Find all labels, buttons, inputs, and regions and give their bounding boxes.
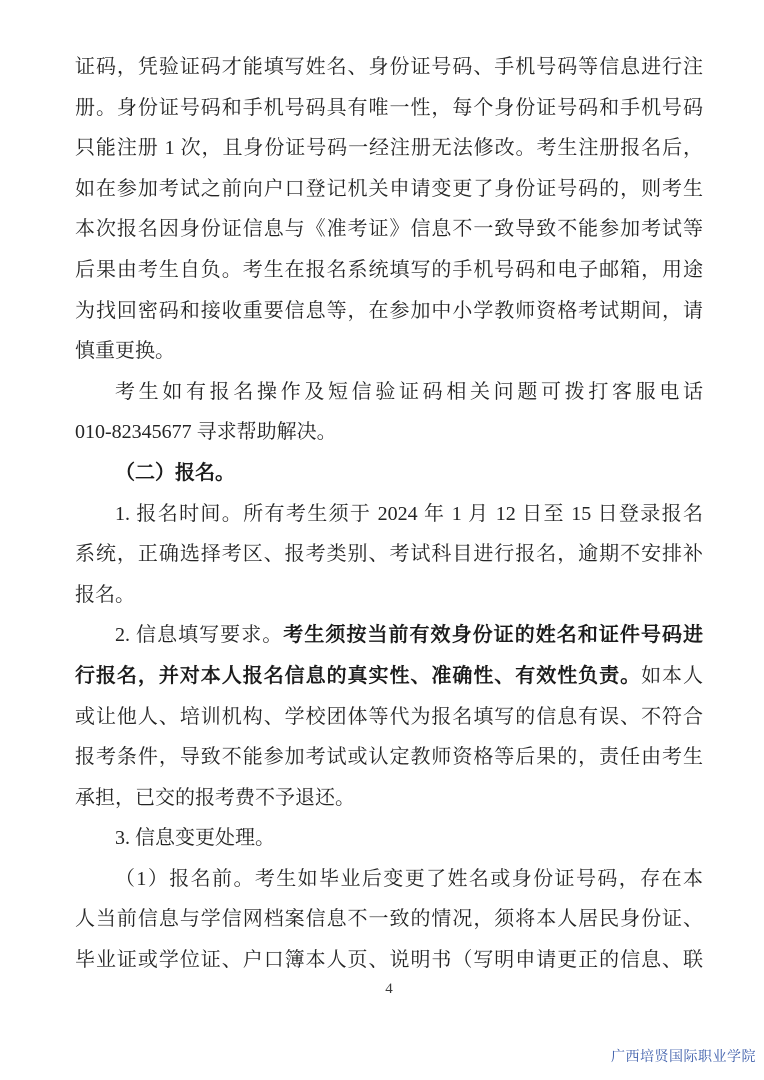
text-line: 后果由考生自负。考生在报名系统填写的手机号码和电子邮箱，用途 [75,250,703,291]
text-line: 只能注册 1 次，且身份证号码一经注册无法修改。考生注册报名后， [75,128,703,169]
line-text: 承担，已交的报考费不予退还。 [75,787,355,809]
text-line: 册。身份证号码和手机号码具有唯一性，每个身份证号码和手机号码 [75,88,703,129]
text-line: 报考条件，导致不能参加考试或认定教师资格等后果的，责任由考生 [75,737,703,778]
heading-text: （二）报名。 [115,462,235,484]
page-number: 4 [75,981,703,998]
text-line: 或让他人、培训机构、学校团体等代为报名填写的信息有误、不符合 [75,697,703,738]
text-line: 人当前信息与学信网档案信息不一致的情况，须将本人居民身份证、 [75,899,703,940]
line-text: 为找回密码和接收重要信息等，在参加中小学教师资格考试期间，请 [75,300,703,322]
line-text: 报名。 [75,584,135,606]
text-line: 如在参加考试之前向户口登记机关申请变更了身份证号码的，则考生 [75,169,703,210]
line-text: 慎重更换。 [75,340,175,362]
text-line: 1. 报名时间。所有考生须于 2024 年 1 月 12 日至 15 日登录报名 [75,494,703,535]
line-text: 010-82345677 寻求帮助解决。 [75,421,337,443]
section-heading: （二）报名。 [75,453,703,494]
text-line: 考生如有报名操作及短信验证码相关问题可拨打客服电话 [75,372,703,413]
line-text: （1）报名前。考生如毕业后变更了姓名或身份证号码，存在本 [115,868,703,890]
text-line: 系统，正确选择考区、报考类别、考试科目进行报名，逾期不安排补 [75,534,703,575]
line-text: 册。身份证号码和手机号码具有唯一性，每个身份证号码和手机号码 [75,97,703,119]
text-line: 行报名，并对本人报名信息的真实性、准确性、有效性负责。如本人 [75,656,703,697]
text-line: 为找回密码和接收重要信息等，在参加中小学教师资格考试期间，请 [75,291,703,332]
text-line: 证码，凭验证码才能填写姓名、身份证号码、手机号码等信息进行注 [75,47,703,88]
line-text: 系统，正确选择考区、报考类别、考试科目进行报名，逾期不安排补 [75,543,703,565]
document-page: 证码，凭验证码才能填写姓名、身份证号码、手机号码等信息进行注 册。身份证号码和手… [0,0,764,1080]
text-line: 承担，已交的报考费不予退还。 [75,778,703,819]
text-line: 报名。 [75,575,703,616]
text-line: 3. 信息变更处理。 [75,818,703,859]
line-text: 毕业证或学位证、户口簿本人页、说明书（写明申请更正的信息、联 [75,949,703,971]
text-line: 慎重更换。 [75,331,703,372]
line-text: 如本人 [641,665,703,687]
line-text: 人当前信息与学信网档案信息不一致的情况，须将本人居民身份证、 [75,908,703,930]
emphasis-text: 行报名，并对本人报名信息的真实性、准确性、有效性负责。 [75,665,641,687]
text-line: 毕业证或学位证、户口簿本人页、说明书（写明申请更正的信息、联 [75,940,703,981]
line-text: 后果由考生自负。考生在报名系统填写的手机号码和电子邮箱，用途 [75,259,703,281]
text-line: 2. 信息填写要求。考生须按当前有效身份证的姓名和证件号码进 [75,615,703,656]
line-text: 1. 报名时间。所有考生须于 2024 年 1 月 12 日至 15 日登录报名 [115,503,703,525]
emphasis-text: 考生须按当前有效身份证的姓名和证件号码进 [283,624,703,646]
line-text: 如在参加考试之前向户口登记机关申请变更了身份证号码的，则考生 [75,178,703,200]
line-text: 3. 信息变更处理。 [115,827,275,849]
document-body: 证码，凭验证码才能填写姓名、身份证号码、手机号码等信息进行注 册。身份证号码和手… [75,47,703,981]
line-text: 报考条件，导致不能参加考试或认定教师资格等后果的，责任由考生 [75,746,703,768]
line-text: 只能注册 1 次，且身份证号码一经注册无法修改。考生注册报名后， [75,137,703,159]
line-text: 或让他人、培训机构、学校团体等代为报名填写的信息有误、不符合 [75,706,703,728]
text-line: （1）报名前。考生如毕业后变更了姓名或身份证号码，存在本 [75,859,703,900]
school-watermark: 广西培贤国际职业学院 [611,1046,756,1066]
line-text: 考生如有报名操作及短信验证码相关问题可拨打客服电话 [115,381,703,403]
text-line: 本次报名因身份证信息与《准考证》信息不一致导致不能参加考试等 [75,209,703,250]
text-line: 010-82345677 寻求帮助解决。 [75,412,703,453]
line-text: 2. 信息填写要求。 [115,624,283,646]
line-text: 证码，凭验证码才能填写姓名、身份证号码、手机号码等信息进行注 [75,56,703,78]
line-text: 本次报名因身份证信息与《准考证》信息不一致导致不能参加考试等 [75,218,703,240]
